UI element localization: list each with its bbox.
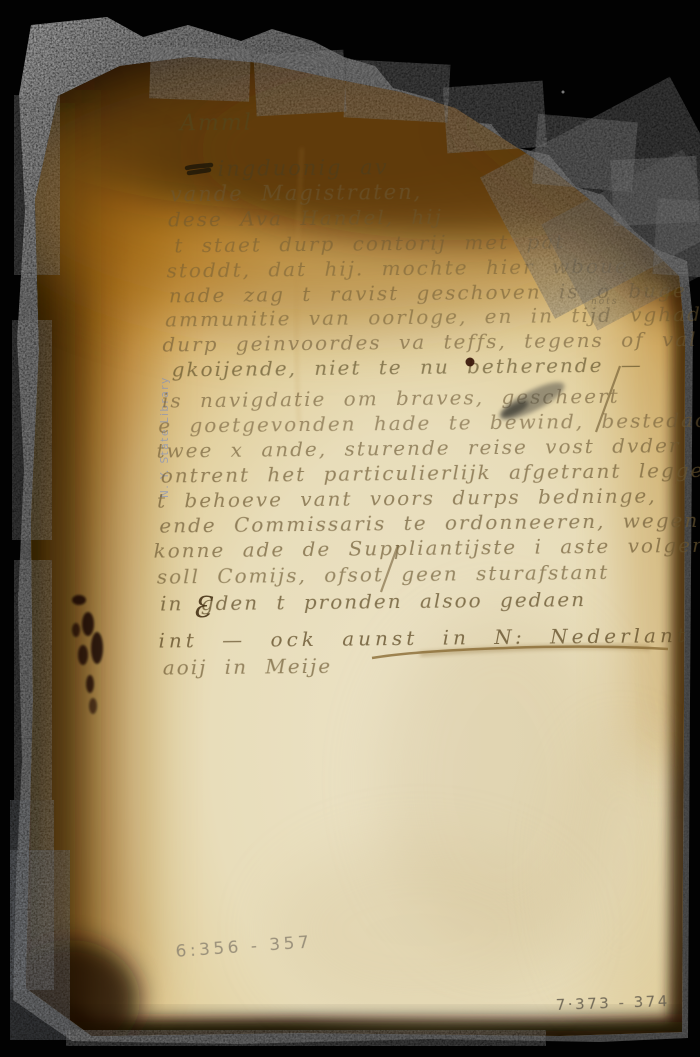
water-stain [560, 730, 680, 1010]
tissue-fiber-patch [10, 850, 70, 1040]
manuscript-photo: N. Y. State Library Ammlingduonig avvand… [0, 0, 700, 1057]
tissue-fiber-patch [14, 560, 52, 800]
water-stain [270, 840, 570, 1020]
tissue-fiber-patch [443, 81, 547, 154]
manuscript-line: ingduonig av [217, 155, 388, 181]
manuscript-line: aoij in Meije [163, 654, 333, 680]
manuscript-line: vande Magistraten, [170, 180, 423, 207]
ink-blot: Ɛ [193, 590, 214, 624]
dust-speck [562, 91, 565, 94]
tissue-fiber-patch [149, 46, 251, 101]
ink-dot [466, 358, 475, 367]
tissue-fiber-patch [66, 1030, 546, 1046]
manuscript-line: dese Ava Handel, hij [168, 205, 443, 232]
manuscript-line: t staet durp contorij met pat [174, 229, 565, 257]
tissue-fiber-patch [12, 320, 52, 540]
manuscript-line: in gden t pronden alsoo gedaen [160, 587, 586, 615]
tissue-fiber-patch [253, 50, 346, 117]
tissue-fiber-patch [14, 95, 60, 275]
tissue-fiber-patch [344, 59, 451, 122]
manuscript-line: gkoijende, niet te nu betherende — [172, 352, 643, 381]
manuscript-line: Amml [178, 111, 253, 137]
photo-stage: N. Y. State Library Ammlingduonig avvand… [0, 0, 700, 1057]
